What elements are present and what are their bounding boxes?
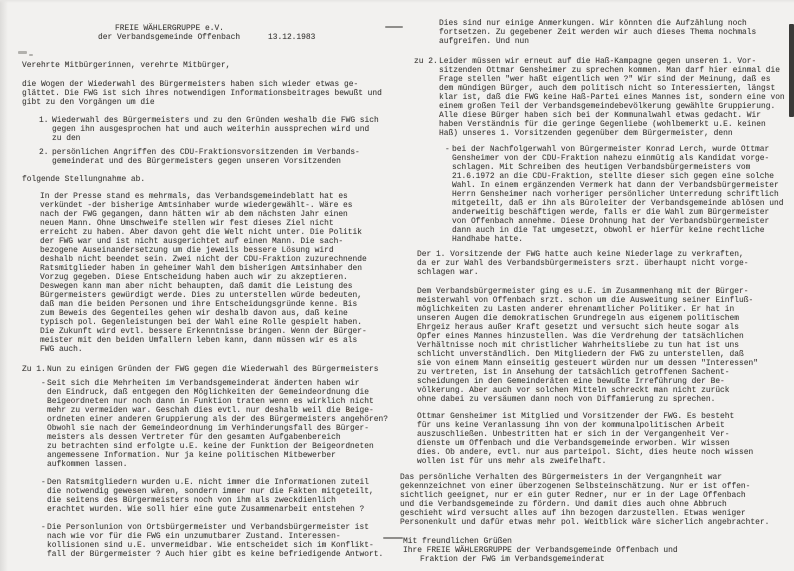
statement-line: folgende Stellungnahme ab. — [22, 175, 394, 184]
item-2-number: 2. — [39, 148, 52, 166]
letterhead: FREIE WÄHLERGRUPPE e.V. der Verbandsgeme… — [22, 24, 394, 42]
closing-greeting: Mit freundlichen Grüßen — [403, 537, 790, 546]
zu1-label: Zu 1. — [22, 365, 47, 374]
zu1-bullet-3-text: Die Personlunion von Ortsbürgermeister u… — [47, 523, 383, 559]
scan-speck — [18, 51, 27, 54]
scanned-letter: FREIE WÄHLERGRUPPE e.V. der Verbandsgeme… — [0, 0, 794, 571]
zu2-label: zu 2. — [414, 57, 439, 138]
fold-mark-bottom — [383, 537, 403, 539]
dash-bullet-icon: - — [445, 145, 452, 244]
scan-edge-top — [0, 0, 794, 3]
section-zu1: Zu 1. Nun zu einigen Gründen der FWG geg… — [22, 365, 394, 374]
verbandsbuergermeister-paragraph: Dem Verbandsbürgermeister ging es u.E. i… — [417, 287, 790, 404]
item-1-number: 1. — [39, 116, 52, 143]
org-name: FREIE WÄHLERGRUPPE e.V. — [115, 24, 394, 33]
intro-paragraph: die Wogen der Wiederwahl des Bürgermeist… — [22, 80, 394, 107]
scan-speck — [29, 54, 33, 56]
numbered-item-2: 2. persönlichen Angriffen des CDU-Frakti… — [39, 148, 394, 166]
letter-date: 13.12.1983 — [268, 33, 315, 42]
zu1-bullet-1-text: Seit sich die Mehrheiten im Verbandsgeme… — [47, 379, 388, 469]
fold-mark-top — [385, 26, 403, 28]
remarks-paragraph: Dies sind nur einige Anmerkungen. Wir kö… — [439, 19, 790, 46]
scan-edge-left — [0, 0, 8, 571]
item-1-text: Wiederwahl des Bürgermeisters und zu den… — [52, 116, 379, 143]
scan-artifact-bar — [789, 24, 794, 117]
item-2-text: persönlichen Angriffen des CDU-Fraktions… — [52, 148, 360, 166]
zu2-bullet-text: bei der Nachfolgerwahl von Bürgermeister… — [452, 145, 783, 244]
org-subtitle: der Verbandsgemeinde Offenbach — [98, 33, 394, 42]
left-page: FREIE WÄHLERGRUPPE e.V. der Verbandsgeme… — [22, 24, 394, 559]
gensheimer-paragraph: Ottmar Gensheimer ist Mitglied und Vorsi… — [417, 412, 790, 466]
zu1-bullet-1: - Seit sich die Mehrheiten im Verbandsge… — [41, 379, 394, 469]
zu1-heading: Nun zu einigen Gründen der FWG gegen die… — [47, 365, 378, 374]
verhalten-paragraph: Das persönliche Verhalten des Bürgermeis… — [400, 473, 790, 527]
zu2-bullet: - bei der Nachfolgerwahl von Bürgermeist… — [445, 145, 790, 244]
closing-signature-1: Ihre FREIE WÄHLERGRUPPE der Verbandsgeme… — [403, 546, 790, 555]
zu1-bullet-2-text: Den Ratsmitgliedern wurden u.E. nicht im… — [47, 478, 374, 514]
right-page: Dies sind nur einige Anmerkungen. Wir kö… — [400, 19, 790, 564]
niederlage-paragraph: Der 1. Vorsitzende der FWG hatte auch ke… — [417, 250, 790, 277]
zu1-bullet-3: - Die Personlunion von Ortsbürgermeister… — [41, 523, 394, 559]
numbered-item-1: 1. Wiederwahl des Bürgermeisters und zu … — [39, 116, 394, 143]
zu1-bullet-2: - Den Ratsmitgliedern wurden u.E. nicht … — [41, 478, 394, 514]
salutation: Verehrte Mitbürgerinnen, verehrte Mitbür… — [22, 61, 394, 70]
press-paragraph: In der Presse stand es mehrmals, das Ver… — [40, 192, 394, 354]
closing-block: Mit freundlichen Grüßen Ihre FREIE WÄHLE… — [403, 537, 790, 564]
zu2-text: Leider müssen wir erneut auf die Haß-Kam… — [439, 57, 785, 138]
closing-signature-2: Fraktion der FWG im Verbandsgemeinderat — [420, 555, 790, 564]
section-zu2: zu 2. Leider müssen wir erneut auf die H… — [414, 57, 790, 138]
